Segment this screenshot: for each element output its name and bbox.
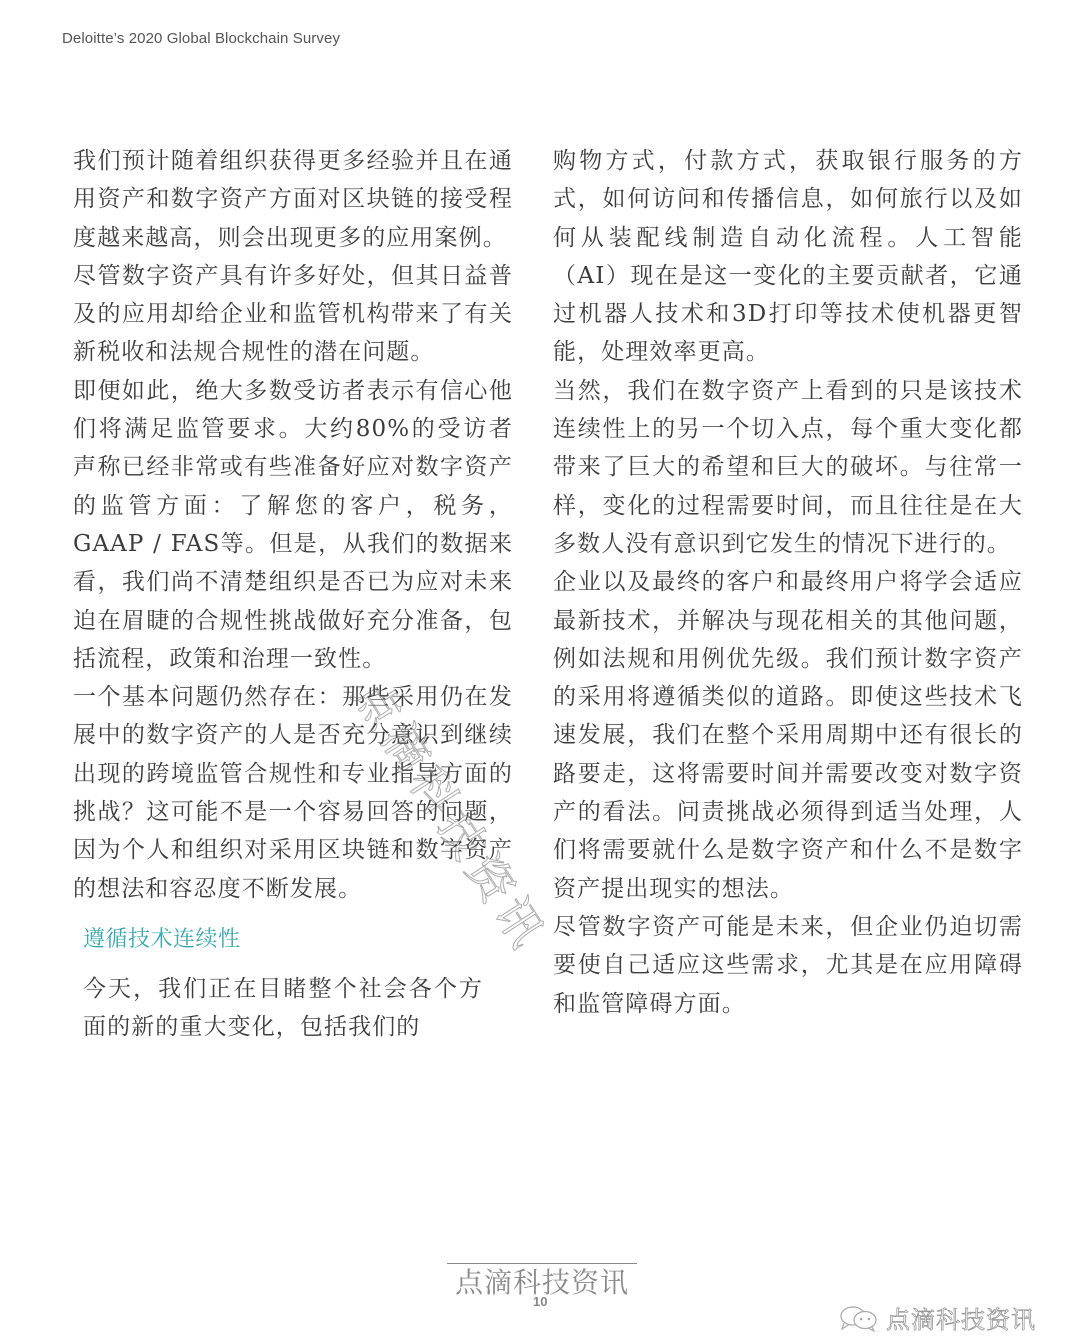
left-column: 我们预计随着组织获得更多经验并且在通用资产和数字资产方面对区块链的接受程度越来越… — [73, 142, 513, 1047]
paragraph: 企业以及最终的客户和最终用户将学会适应最新技术，并解决与现花相关的其他问题，例如… — [553, 563, 1023, 908]
footer-divider — [447, 1263, 637, 1264]
paragraph: 尽管数字资产具有许多好处，但其日益普及的应用却给企业和监管机构带来了有关新税收和… — [73, 257, 513, 372]
paragraph: 当然，我们在数字资产上看到的只是该技术连续性上的另一个切入点，每个重大变化都带来… — [553, 372, 1023, 563]
section-heading: 遵循技术连续性 — [83, 920, 513, 960]
wechat-watermark: 点滴科技资讯 — [838, 1300, 1036, 1335]
running-header: Deloitte’s 2020 Global Blockchain Survey — [62, 30, 340, 47]
page-number: 10 — [533, 1294, 547, 1309]
section-paragraph: 今天，我们正在目睹整个社会各个方面的新的重大变化，包括我们的 — [83, 970, 483, 1047]
paragraph: 我们预计随着组织获得更多经验并且在通用资产和数字资产方面对区块链的接受程度越来越… — [73, 142, 513, 257]
right-column: 购物方式，付款方式，获取银行服务的方式，如何访问和传播信息，如何旅行以及如何从装… — [553, 142, 1023, 1023]
wechat-icon — [838, 1304, 880, 1332]
paragraph: 即便如此，绝大多数受访者表示有信心他们将满足监管要求。大约80%的受访者声称已经… — [73, 372, 513, 678]
paragraph: 尽管数字资产可能是未来，但企业仍迫切需要使自己适应这些需求，尤其是在应用障碍和监… — [553, 908, 1023, 1023]
paragraph: 购物方式，付款方式，获取银行服务的方式，如何访问和传播信息，如何旅行以及如何从装… — [553, 142, 1023, 372]
wechat-label: 点滴科技资讯 — [886, 1300, 1036, 1335]
